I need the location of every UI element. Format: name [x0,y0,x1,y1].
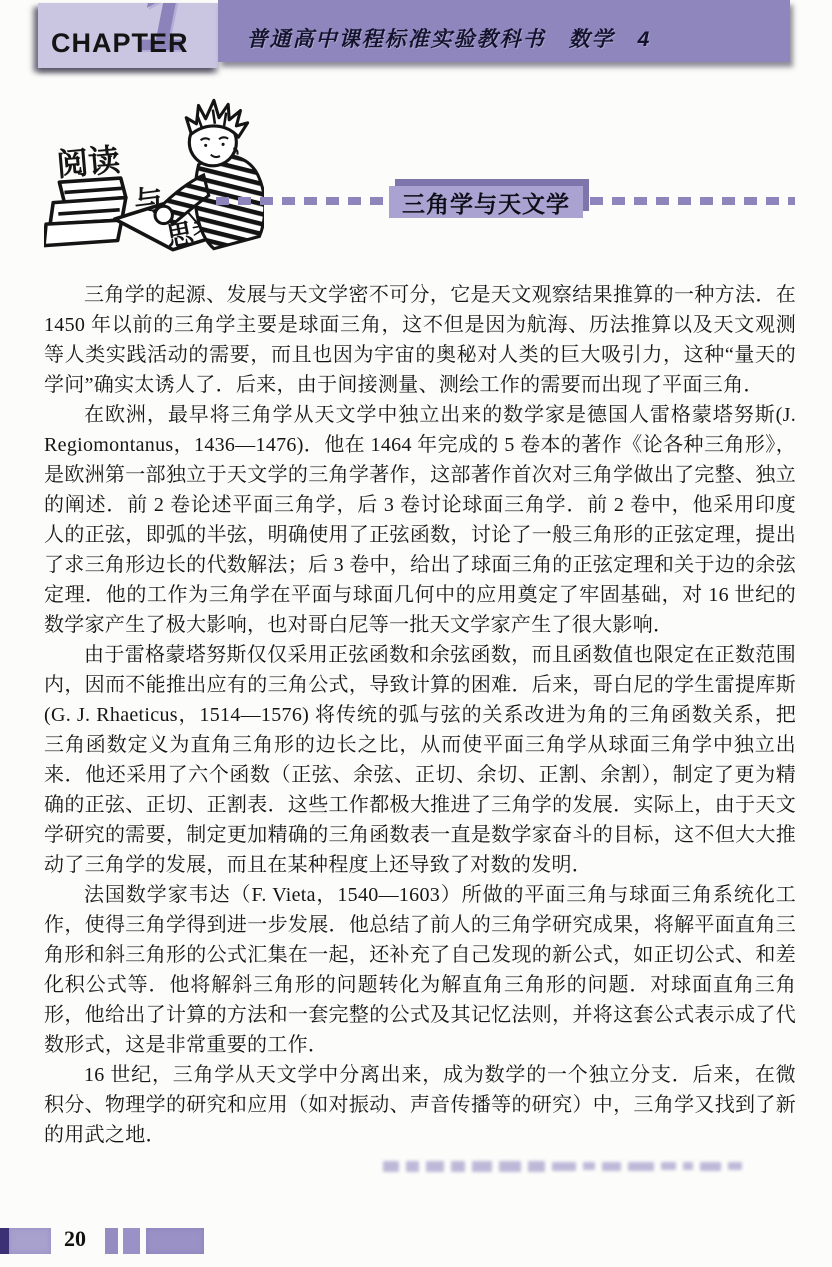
textbook-page: 1 CHAPTER 普通高中课程标准实验教科书 数学 4 阅读 [0,0,832,1267]
paragraph: 16 世纪，三角学从天文学中分离出来，成为数学的一个独立分支．后来，在微积分、物… [44,1060,796,1150]
section-title-badge: 三角学与天文学 [389,186,583,218]
paragraph: 法国数学家韦达（F. Vieta，1540—1603）所做的平面三角与球面三角系… [44,880,796,1060]
chapter-label: CHAPTER [51,28,189,59]
book-title: 普通高中课程标准实验教科书 数学 4 [247,9,762,53]
reading-boy-drawing: 阅读 与 思考 [44,96,264,252]
paragraph: 在欧洲，最早将三角学从天文学中独立出来的数学家是德国人雷格蒙塔努斯(J. Reg… [44,400,796,640]
header-band: 普通高中课程标准实验教科书 数学 4 [218,0,790,62]
stamp-yuedu: 阅读 [55,141,122,182]
footer-light-bar [9,1228,51,1254]
page-number: 20 [64,1226,86,1252]
books-stack-icon [44,178,126,246]
footer-square-1 [105,1228,118,1254]
paragraph: 由于雷格蒙塔努斯仅仅采用正弦函数和余弦函数，而且函数值也限定在正数范围内，因而不… [44,640,796,880]
page-bleed-through [383,1158,795,1174]
reading-boy-illustration: 阅读 与 思考 [44,96,264,252]
section-title: 三角学与天文学 [402,186,570,219]
footer-dark-square [0,1228,9,1254]
footer-square-2 [123,1228,140,1254]
page-footer: 20 [0,1226,832,1256]
paragraph: 三角学的起源、发展与天文学密不可分，它是天文观察结果推算的一种方法．在1450 … [44,280,796,400]
article-body: 三角学的起源、发展与天文学密不可分，它是天文观察结果推算的一种方法．在1450 … [44,280,796,1150]
chapter-tab: 1 CHAPTER [38,3,218,68]
footer-wide-bar [146,1228,204,1254]
